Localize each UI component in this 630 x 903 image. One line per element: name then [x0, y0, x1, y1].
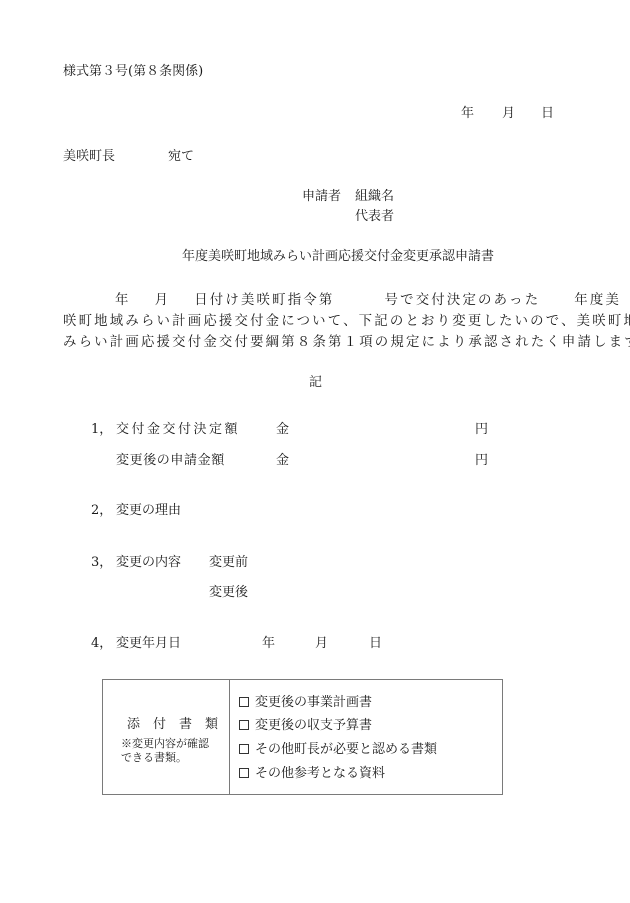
body-line-3: みらい計画応援交付金交付要綱第８条第１項の規定により承認されたく申請します。 [63, 332, 573, 353]
body-paragraph: 年月日付け美咲町指令第号で交付決定のあった年度美 咲町地域みらい計画応援交付金に… [63, 290, 573, 353]
item-3-label: 変更の内容 [116, 555, 181, 571]
attachments-note-line-1: ※変更内容が確認 [121, 737, 209, 751]
attachments-label-cell: 添 付 書 類 ※変更内容が確認 できる書類。 [103, 680, 229, 794]
item-2-label: 変更の理由 [116, 503, 181, 519]
item-4-day: 日 [369, 636, 382, 652]
checkbox-icon[interactable] [239, 697, 249, 707]
item-1-label: 交付金交付決定額 [116, 422, 240, 438]
body-fiscal-text: 年度美 [574, 293, 621, 308]
ki-heading: 記 [309, 375, 322, 391]
item-4-number: 4， [91, 636, 112, 652]
applicant-rep-label: 代表者 [355, 209, 394, 225]
addressee-name: 美咲町長 [63, 149, 115, 165]
body-month: 月 [155, 293, 171, 308]
attachments-note-line-2: できる書類。 [121, 751, 187, 765]
item-3-after: 変更後 [209, 585, 248, 601]
attachment-option-label: その他参考となる資料 [255, 766, 385, 781]
item-2-number: 2， [91, 503, 112, 519]
item-1b-unit: 円 [475, 453, 488, 469]
attachment-option-3[interactable]: その他町長が必要と認める書類 [239, 742, 437, 758]
item-4-label: 変更年月日 [116, 636, 181, 652]
body-line-1: 年月日付け美咲町指令第号で交付決定のあった年度美 [63, 290, 573, 311]
item-3-before: 変更前 [209, 555, 248, 571]
body-line-2: 咲町地域みらい計画応援交付金について、下記のとおり変更したいので、美咲町地域 [63, 311, 573, 332]
date-day-label: 日 [541, 106, 554, 122]
attachment-option-label: 変更後の収支予算書 [255, 718, 372, 733]
body-order-text: 日付け美咲町指令第 [194, 293, 334, 308]
date-year-label: 年 [461, 106, 474, 122]
form-number: 様式第３号(第８条関係) [63, 64, 203, 80]
addressee-suffix: 宛て [168, 149, 194, 165]
applicant-org-label: 組織名 [355, 189, 394, 205]
item-4-year: 年 [262, 636, 275, 652]
item-1-unit: 円 [475, 422, 488, 438]
document-title: 年度美咲町地域みらい計画応援交付金変更承認申請書 [182, 249, 494, 265]
checkbox-icon[interactable] [239, 768, 249, 778]
item-1-number: 1， [91, 422, 112, 438]
attachments-table: 添 付 書 類 ※変更内容が確認 できる書類。 変更後の事業計画書 変更後の収支… [102, 679, 503, 795]
checkbox-icon[interactable] [239, 744, 249, 754]
body-year: 年 [115, 293, 131, 308]
item-3-number: 3， [91, 555, 112, 571]
applicant-label: 申請者 [302, 189, 341, 205]
item-1b-label: 変更後の申請金額 [116, 453, 225, 469]
attachment-option-4[interactable]: その他参考となる資料 [239, 766, 385, 782]
item-1-currency: 金 [276, 422, 289, 438]
body-decision-text: 号で交付決定のあった [385, 293, 541, 308]
item-1b-currency: 金 [276, 453, 289, 469]
attachment-option-label: その他町長が必要と認める書類 [255, 742, 437, 757]
checkbox-icon[interactable] [239, 720, 249, 730]
attachment-option-2[interactable]: 変更後の収支予算書 [239, 718, 372, 734]
attachment-option-label: 変更後の事業計画書 [255, 695, 372, 710]
item-4-month: 月 [315, 636, 328, 652]
attachment-option-1[interactable]: 変更後の事業計画書 [239, 695, 372, 711]
attachments-heading: 添 付 書 類 [127, 717, 218, 733]
attachments-options-cell: 変更後の事業計画書 変更後の収支予算書 その他町長が必要と認める書類 その他参考… [230, 680, 502, 794]
date-month-label: 月 [502, 106, 515, 122]
